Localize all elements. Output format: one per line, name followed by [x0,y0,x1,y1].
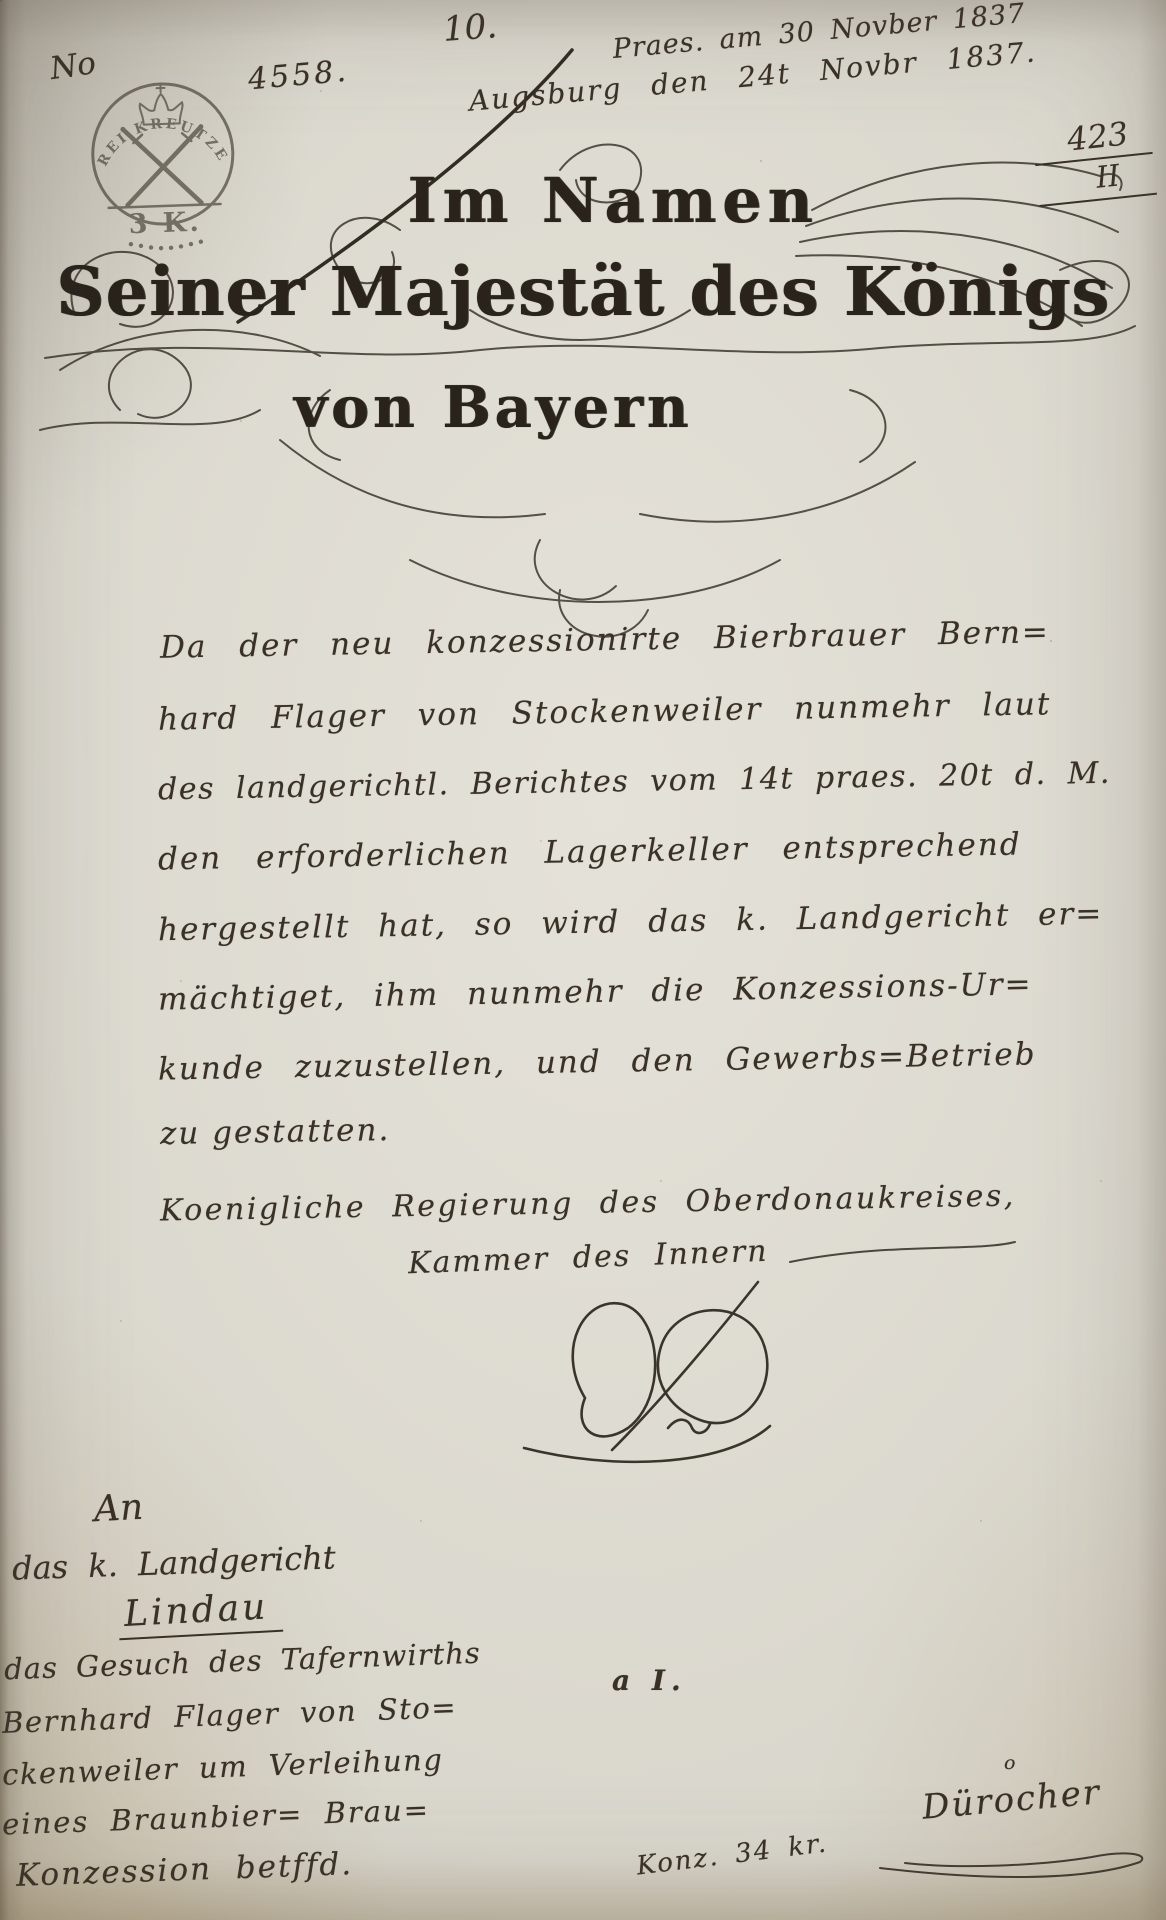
body-line: mächtiget, ihm nunmehr die Konzessions-U… [158,966,1033,1017]
body-line: den erforderlichen Lagerkeller entsprech… [158,826,1022,877]
signature-superscript: o [1004,1752,1015,1774]
address-line: ckenweiler um Verleihung [2,1742,444,1791]
document-page: No DREI KREUTZER 3 K. 4558. 10. Praes. [0,0,1166,1920]
heading-line-2: Seiner Majestät des Königs [0,252,1166,331]
page-number: 10. [442,6,499,50]
address-line: Bernhard Flager von Sto= [2,1690,458,1740]
body-line: zu gestatten. [160,1112,391,1152]
address-line: das Gesuch des Tafernwirths [4,1636,482,1687]
body-line: hergestellt hat, so wird das k. Landgeri… [158,896,1104,948]
closing-flourish-icon [790,1242,1015,1262]
body-line: Da der neu konzessionirte Bierbrauer Ber… [160,614,1050,666]
signature-paraph-icon [524,1282,770,1462]
address-line-lindau: Lindau [117,1586,283,1636]
closing-line-chamber: Kammer des Innern [407,1234,769,1282]
address-line: eines Braunbier= Brau= [2,1793,431,1842]
stamp-dots [129,239,204,251]
registry-number: 4558. [247,54,351,98]
address-line: Konzession betffd. [15,1846,353,1894]
paper-speckles [0,0,2,2]
address-line: das k. Landgericht [11,1538,336,1587]
exhibit-mark: a I. [612,1664,687,1697]
body-line: hard Flager von Stockenweiler nunmehr la… [158,686,1052,738]
fee-note: Konz. 34 kr. [635,1828,830,1881]
heading-line-3: von Bayern [0,374,1076,441]
signature-underline-icon [880,1853,1142,1877]
address-line: An [93,1487,144,1531]
body-line: kunde zuzustellen, und den Gewerbs=Betri… [158,1036,1037,1087]
signature-name: Dürocher [921,1772,1103,1827]
heading-line-1: Im Namen [30,164,1166,237]
closing-line-authority: Koenigliche Regierung des Oberdonaukreis… [160,1179,1016,1229]
body-line: des landgerichtl. Berichtes vom 14t prae… [158,756,1111,808]
